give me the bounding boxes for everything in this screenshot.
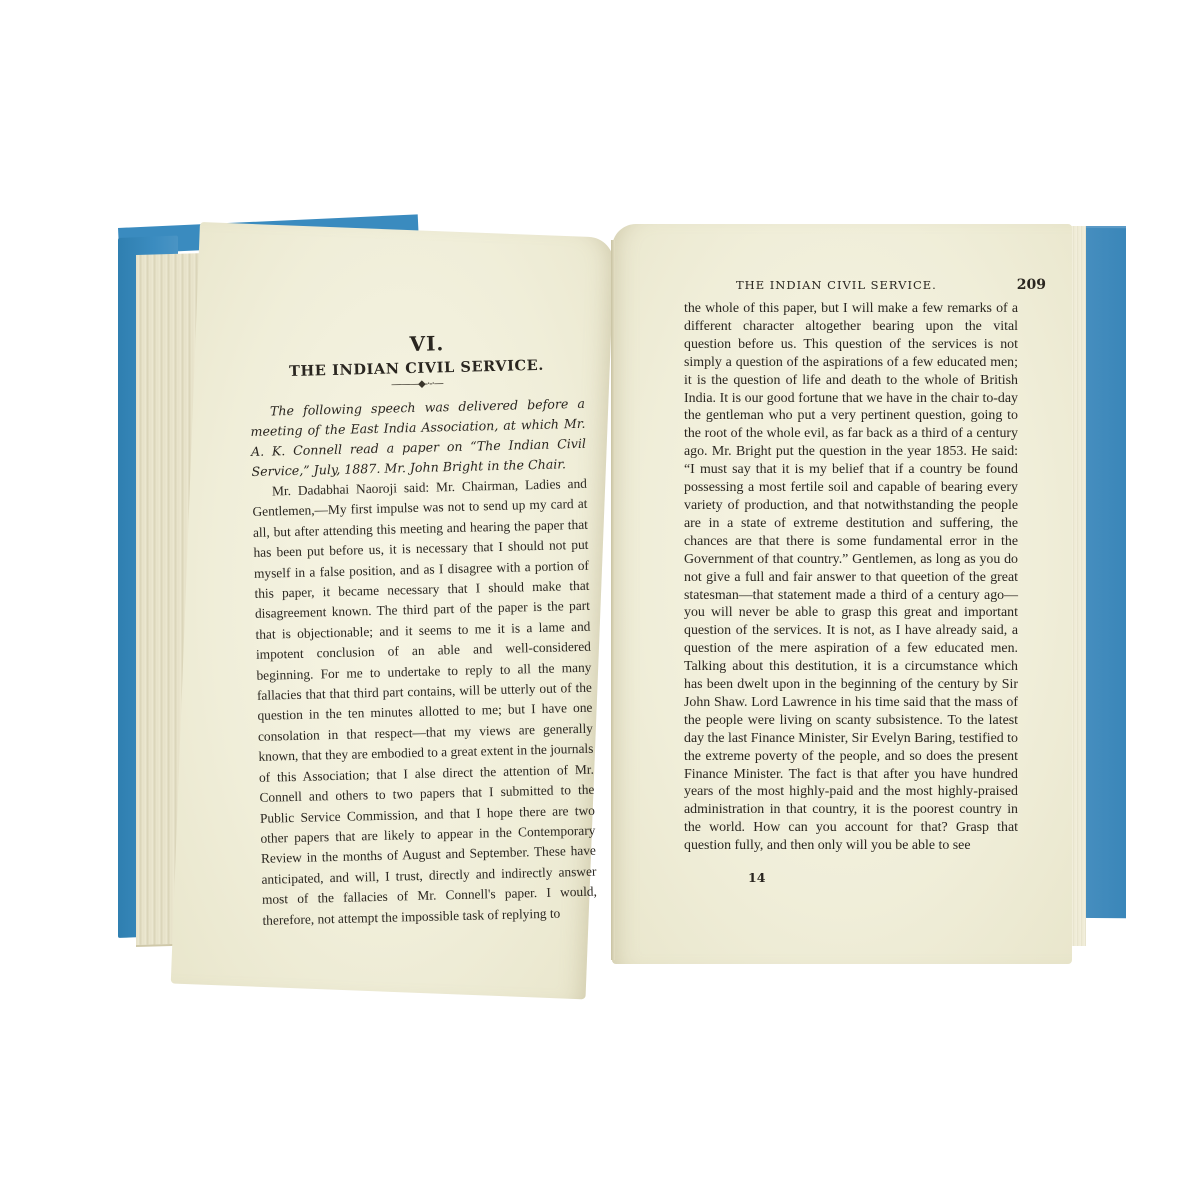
page-number: 209 (1017, 277, 1046, 293)
running-header: THE INDIAN CIVIL SERVICE. 209 (736, 277, 1046, 293)
right-page-body: the whole of this paper, but I will make… (684, 300, 1018, 855)
right-page-content: the whole of this paper, but I will make… (684, 300, 1018, 855)
chapter-number: VI. (270, 328, 583, 360)
signature-mark: 14 (748, 870, 765, 885)
left-page-content: VI. THE INDIAN CIVIL SERVICE. ———◆-·-·— … (248, 320, 598, 931)
open-book: VI. THE INDIAN CIVIL SERVICE. ———◆-·-·— … (0, 0, 1200, 1200)
book-gutter (611, 240, 615, 960)
running-head-title: THE INDIAN CIVIL SERVICE. (736, 278, 937, 292)
left-page-body: Mr. Dadabhai Naoroji said: Mr. Chairman,… (252, 474, 598, 931)
chapter-intro-note: The following speech was delivered befor… (250, 394, 587, 482)
